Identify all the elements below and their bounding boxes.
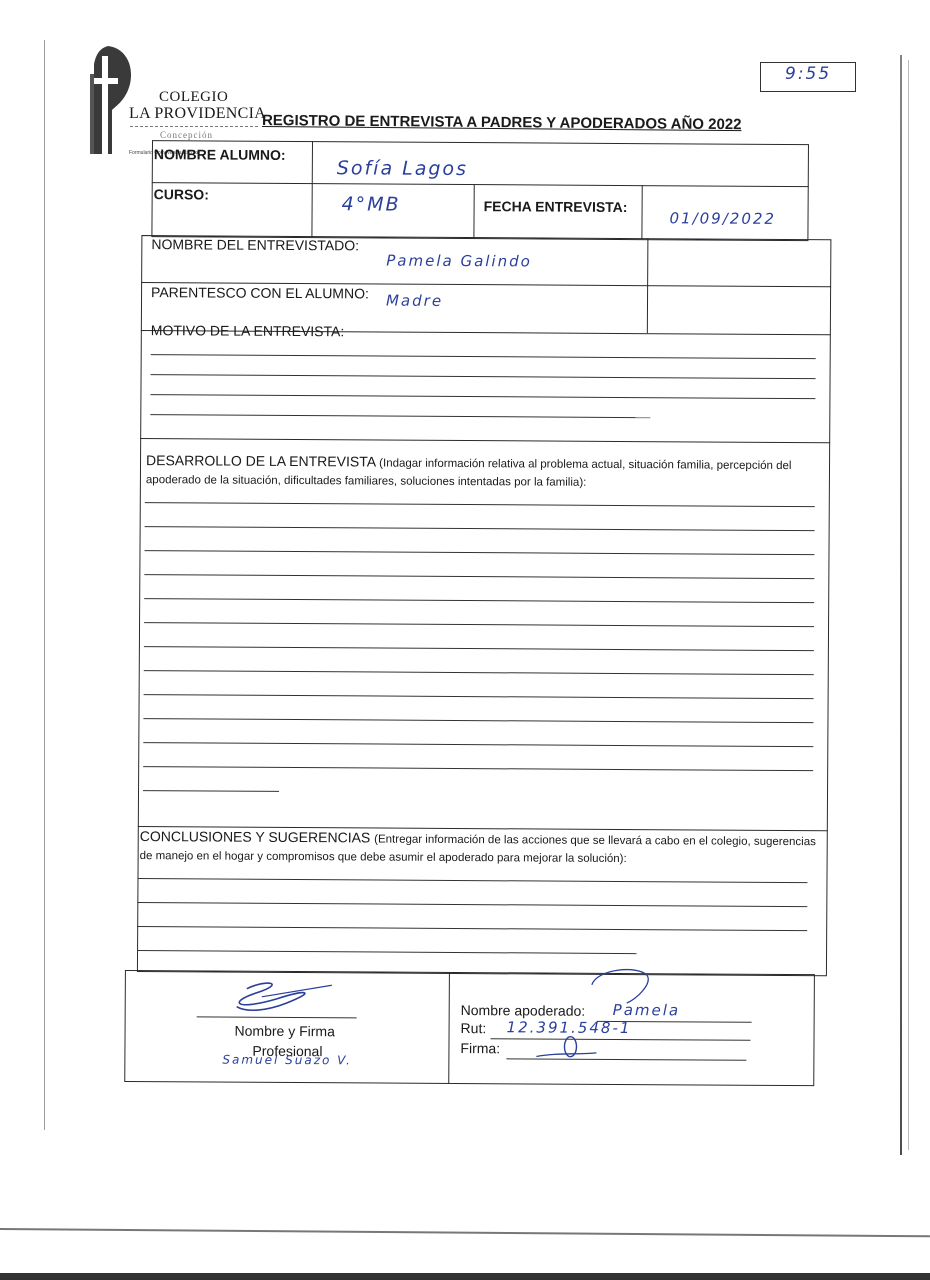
professional-label-1: Nombre y Firma [235,1023,335,1040]
scan-edge-left [44,40,45,1130]
interview-date-value[interactable]: 01/09/2022 [669,209,776,228]
relationship-value[interactable]: Madre [386,292,443,310]
school-name-line1: COLEGIO [159,89,228,106]
course-value[interactable]: 4°MB [342,193,401,215]
school-divider [130,126,258,127]
interview-form: NOMBRE ALUMNO: Sofía Lagos CURSO: 4°MB F… [126,140,822,1094]
firma-label: Firma: [460,1040,500,1056]
relationship-label: PARENTESCO CON EL ALUMNO: [151,284,369,301]
guardian-signature [526,1032,606,1068]
course-label: CURSO: [154,186,209,202]
interview-date-label: FECHA ENTREVISTA: [484,198,628,215]
school-name-line2: LA PROVIDENCIA [129,105,266,123]
scan-bottom-edge [0,1228,930,1237]
professional-signature [207,976,337,1017]
scan-edge-right [900,55,902,1155]
conclusions-title: CONCLUSIONES Y SUGERENCIAS (Entregar inf… [140,828,820,868]
rut-label: Rut: [461,1020,487,1036]
scan-bottom-bar [0,1273,930,1280]
student-name-label: NOMBRE ALUMNO: [154,146,286,163]
development-title-text: DESARROLLO DE LA ENTREVISTA [146,452,375,469]
document-title: REGISTRO DE ENTREVISTA A PADRES Y APODER… [262,112,742,133]
student-name-value[interactable]: Sofía Lagos [337,157,468,180]
guardian-name-label: Nombre apoderado: [461,1002,586,1019]
interviewee-name-label: NOMBRE DEL ENTREVISTADO: [151,236,359,253]
professional-name-written[interactable]: Samuel Suazo V. [222,1053,352,1068]
reason-title: MOTIVO DE LA ENTREVISTA: [151,322,345,339]
guardian-name-flourish [587,965,657,1005]
time-written: 9:55 [785,64,831,84]
conclusions-title-text: CONCLUSIONES Y SUGERENCIAS [140,828,371,845]
school-city: Concepción [160,130,213,140]
cross-logo-icon [86,44,134,156]
development-title: DESARROLLO DE LA ENTREVISTA (Indagar inf… [146,452,821,492]
scan-edge-right-shadow [908,60,909,1150]
interviewee-name-value[interactable]: Pamela Galindo [386,252,532,271]
